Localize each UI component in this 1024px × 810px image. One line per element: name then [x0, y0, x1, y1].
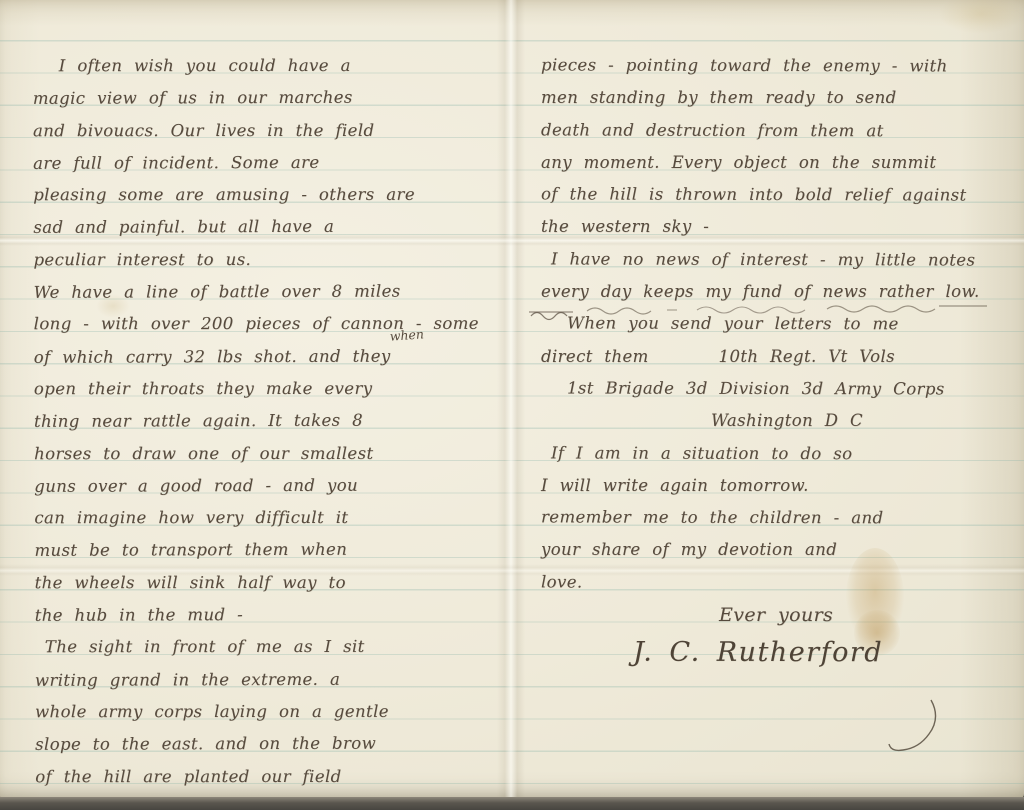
letter-closing: Ever yours [541, 599, 1019, 631]
scanner-edge [0, 797, 1024, 810]
letter-line: of the hill is thrown into bold relief a… [541, 179, 1019, 213]
caret-inserted-word: when [389, 326, 424, 343]
letter-line: pieces - pointing toward the enemy - wit… [541, 49, 1019, 83]
letter-line: long - with over 200 pieces of cannon - … [34, 308, 514, 341]
letter-line: whole army corps laying on a gentle [35, 696, 515, 729]
letter-line: are full of incident. Some are [33, 146, 513, 180]
letter-line: writing grand in the extreme. a [35, 663, 515, 697]
letter-line: I have no news of interest - my little n… [541, 243, 1019, 277]
letter-line: your share of my devotion and [541, 534, 1019, 566]
wavy-underline [527, 302, 1024, 324]
letter-line: pleasing some are amusing - others are [33, 179, 513, 212]
letter-line: We have a line of battle over 8 miles [33, 275, 513, 309]
letter-line: magic view of us in our marches [33, 81, 513, 115]
signature: J. C. Rutherford [541, 631, 1019, 676]
letter-line: horses to draw one of our smallest [34, 437, 514, 470]
letter-line: the western sky - [541, 211, 1019, 243]
letter-line: direct them 10th Regt. Vt Vols [541, 341, 1019, 373]
letter-page-right: pieces - pointing toward the enemy - wit… [541, 50, 1019, 675]
letter-line: I often wish you could have a [33, 50, 513, 83]
letter-sheet: I often wish you could have a magic view… [0, 0, 1024, 799]
letter-line: of the hill are planted our field [35, 760, 515, 793]
letter-line: can imagine how very difficult it [34, 502, 514, 535]
letter-line: guns over a good road - and you [34, 469, 514, 503]
letter-line: and bivouacs. Our lives in the field [33, 114, 513, 147]
letter-line: the wheels will sink half way to [35, 567, 515, 600]
letter-line: thing near rattle again. It takes 8 [34, 404, 514, 438]
letter-page-left: I often wish you could have a magic view… [33, 49, 516, 793]
letter-line: Washington D C [541, 405, 1019, 437]
letter-line: slope to the east. and on the brow [35, 727, 515, 761]
letter-line: 1st Brigade 3d Division 3d Army Corps [541, 372, 1019, 406]
letter-line: men standing by them ready to send [541, 82, 1019, 114]
letter-line: The sight in front of me as I sit [35, 631, 515, 664]
letter-line: peculiar interest to us. [33, 244, 513, 277]
letter-line: any moment. Every object on the summit [541, 147, 1019, 179]
letter-line: sad and painful. but all have a [33, 211, 513, 245]
letter-line: the hub in the mud - [35, 598, 515, 632]
signature-flourish [781, 698, 961, 758]
letter-line: of which carry 32 lbs shot. and they [34, 340, 514, 374]
letter-line: If I am in a situation to do so [541, 437, 1019, 471]
letter-line: open their throats they make every [34, 373, 514, 406]
letter-line: love. [541, 566, 1019, 600]
letter-line: I will write again tomorrow. [541, 470, 1019, 502]
letter-line: remember me to the children - and [541, 502, 1019, 536]
letter-line: must be to transport them when [34, 534, 514, 568]
letter-line: death and destruction from them at [541, 114, 1019, 148]
